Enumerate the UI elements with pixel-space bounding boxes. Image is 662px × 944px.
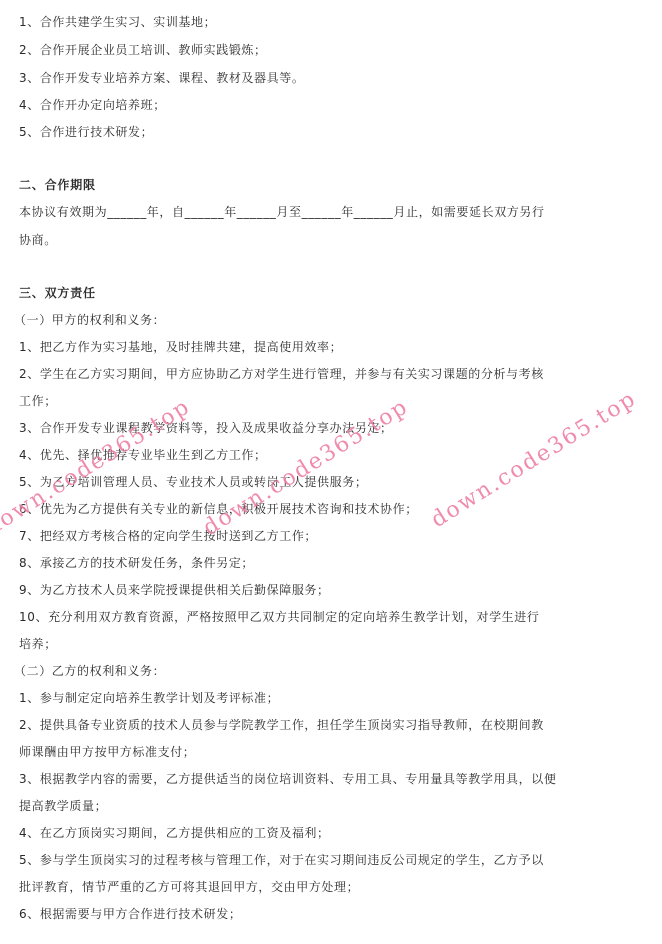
- party-b-subheading: （二）乙方的权利和义务：: [14, 663, 165, 679]
- party-a-line: 4、优先、择优推荐专业毕业生到乙方工作；: [19, 447, 267, 463]
- party-b-line: 2、提供具备专业资质的技术人员参与学院教学工作，担任学生顶岗实习指导教师，在校期…: [19, 717, 544, 733]
- party-a-line: 8、承接乙方的技术研发任务，条件另定；: [19, 555, 254, 571]
- intro-item-1: 1、合作共建学生实习、实训基地；: [19, 14, 216, 30]
- party-a-line: 工作；: [19, 393, 57, 409]
- party-a-line: 7、把经双方考核合格的定向学生按时送到乙方工作；: [19, 528, 317, 544]
- intro-item-4: 4、合作开办定向培养班；: [19, 97, 166, 113]
- section-heading-term: 二、合作期限: [19, 177, 96, 193]
- section-heading-responsibilities: 三、双方责任: [19, 285, 96, 301]
- party-a-line: 9、为乙方技术人员来学院授课提供相关后勤保障服务；: [19, 582, 330, 598]
- party-a-line: 1、把乙方作为实习基地，及时挂牌共建，提高使用效率；: [19, 339, 342, 355]
- party-b-line: 1、参与制定定向培养生教学计划及考评标准；: [19, 690, 279, 706]
- party-b-line: 4、在乙方顶岗实习期间，乙方提供相应的工资及福利；: [19, 825, 330, 841]
- watermark: down.code365.top: [427, 386, 641, 533]
- party-b-line: 批评教育，情节严重的乙方可将其退回甲方，交由甲方处理；: [19, 879, 359, 895]
- document-page: 1、合作共建学生实习、实训基地； 2、合作开展企业员工培训、教师实践锻炼； 3、…: [0, 0, 662, 944]
- intro-item-5: 5、合作进行技术研发；: [19, 124, 153, 140]
- party-a-line: 培养；: [19, 636, 57, 652]
- party-a-line: 6、优先为乙方提供有关专业的新信息，积极开展技术咨询和技术协作；: [19, 501, 418, 517]
- term-text-line-2: 协商。: [19, 232, 57, 248]
- party-b-line: 师课酬由甲方按甲方标准支付；: [19, 744, 195, 760]
- party-a-line: 2、学生在乙方实习期间，甲方应协助乙方对学生进行管理，并参与有关实习课题的分析与…: [19, 366, 544, 382]
- intro-item-2: 2、合作开展企业员工培训、教师实践锻炼；: [19, 42, 267, 58]
- party-a-line: 10、充分利用双方教育资源，严格按照甲乙双方共同制定的定向培养生教学计划，对学生…: [19, 609, 539, 625]
- watermark: down.code365.top: [0, 394, 195, 541]
- party-b-line: 5、参与学生顶岗实习的过程考核与管理工作，对于在实习期间违反公司规定的学生，乙方…: [19, 852, 544, 868]
- party-b-line: 提高教学质量；: [19, 798, 107, 814]
- party-a-subheading: （一）甲方的权利和义务：: [14, 312, 165, 328]
- party-b-line: 6、根据需要与甲方合作进行技术研发；: [19, 906, 241, 922]
- party-a-line: 5、为乙方培训管理人员、专业技术人员或转岗工人提供服务；: [19, 474, 367, 490]
- intro-item-3: 3、合作开发专业培养方案、课程、教材及器具等。: [19, 70, 304, 86]
- party-b-line: 3、根据教学内容的需要，乙方提供适当的岗位培训资料、专用工具、专用量具等教学用具…: [19, 771, 556, 787]
- party-a-line: 3、合作开发专业课程教学资料等，投入及成果收益分享办法另定；: [19, 420, 393, 436]
- term-text-line-1: 本协议有效期为______年，自______年______月至______年__…: [19, 204, 545, 220]
- watermark: down.code365.top: [199, 394, 413, 541]
